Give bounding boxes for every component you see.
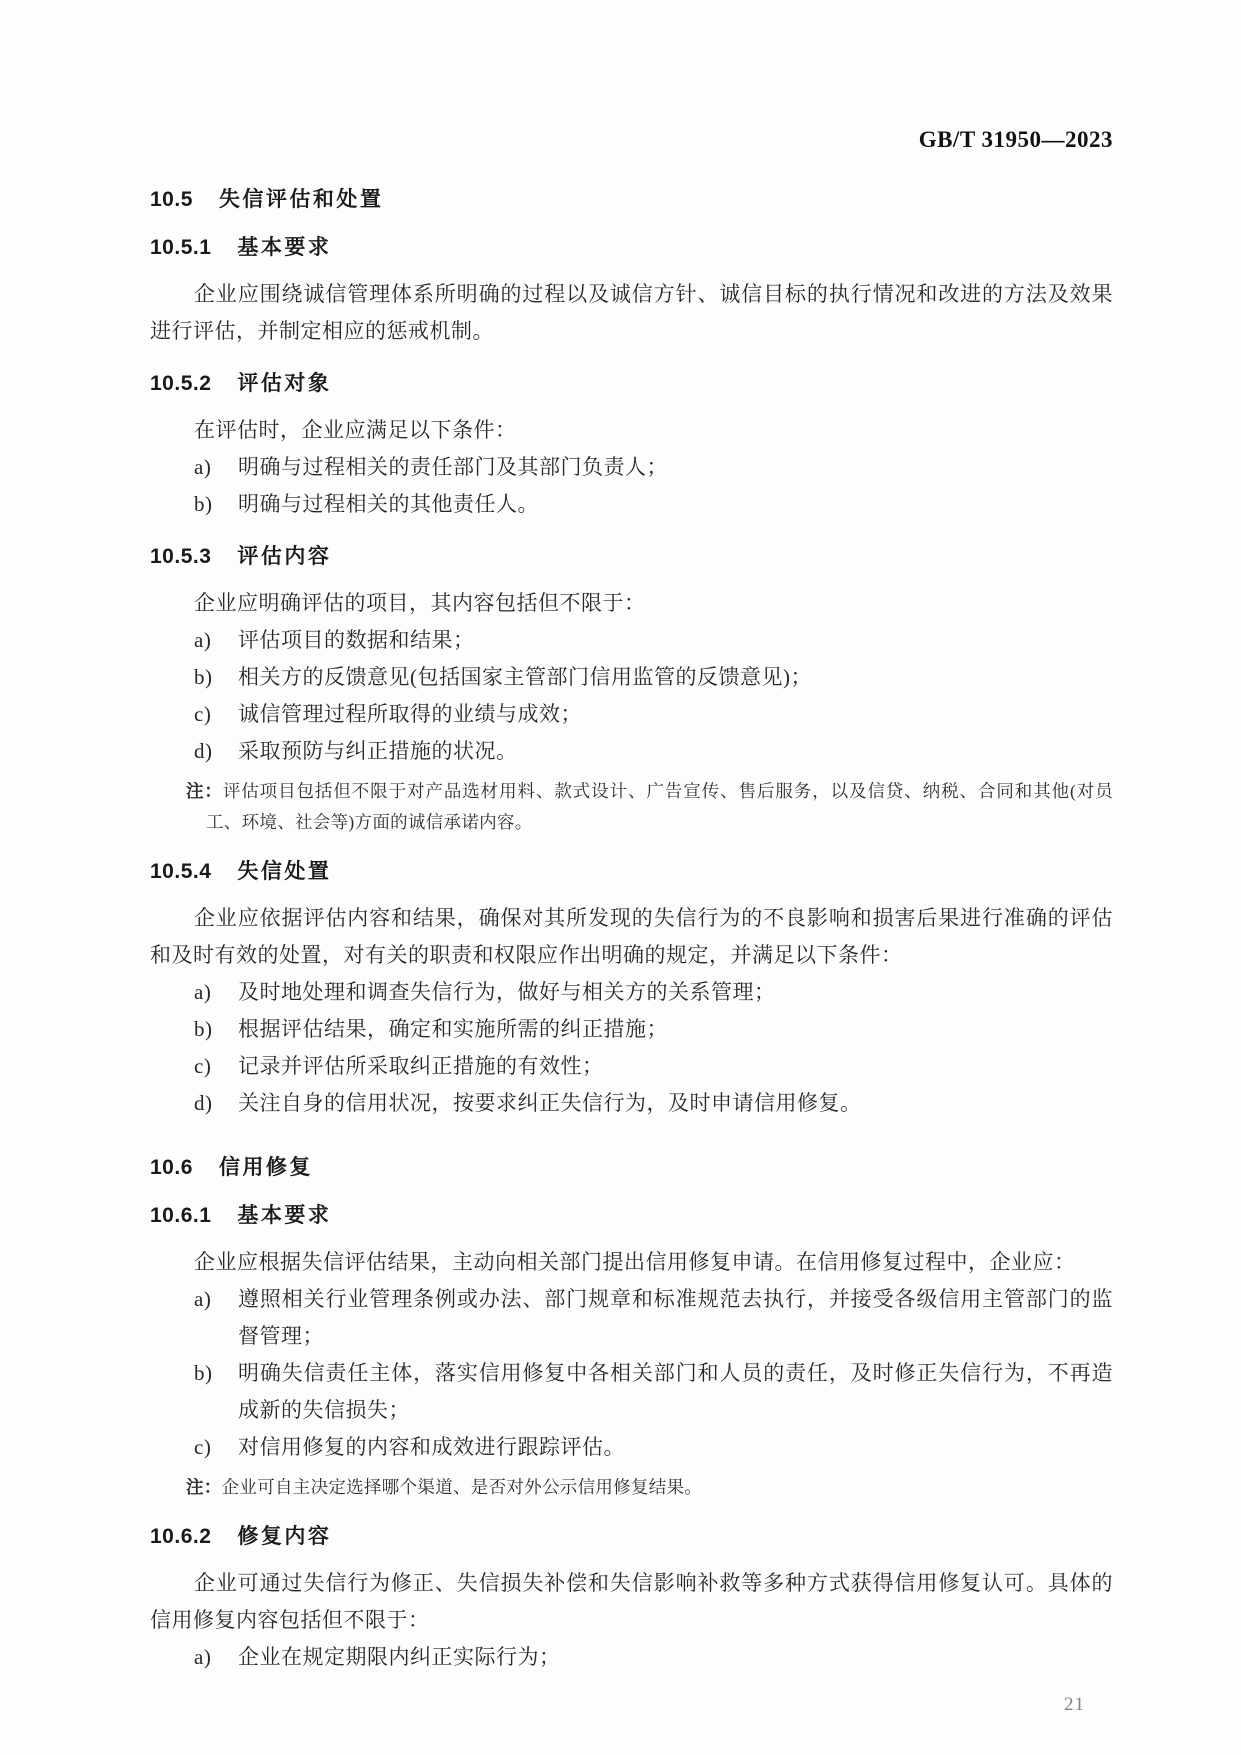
section-number: 10.5 xyxy=(150,186,193,214)
list-item-text: 采取预防与纠正措施的状况。 xyxy=(238,739,518,763)
section-title: 评估内容 xyxy=(237,543,331,571)
paragraph: 企业可通过失信行为修正、失信损失补偿和失信影响补救等多种方式获得信用修复认可。具… xyxy=(150,1565,1113,1639)
list-item-label: a) xyxy=(194,449,211,486)
list-item: d) 关注自身的信用状况，按要求纠正失信行为，及时申请信用修复。 xyxy=(150,1085,1113,1122)
section-title: 基本要求 xyxy=(237,234,331,262)
list-item-text: 企业在规定期限内纠正实际行为； xyxy=(238,1645,561,1669)
list-item-text: 关注自身的信用状况，按要求纠正失信行为，及时申请信用修复。 xyxy=(238,1091,862,1115)
list-item-text: 相关方的反馈意见(包括国家主管部门信用监管的反馈意见)； xyxy=(238,665,812,689)
list-item: b) 明确与过程相关的其他责任人。 xyxy=(150,486,1113,523)
section-heading-10-5-1: 10.5.1 基本要求 xyxy=(150,234,1113,262)
list-item-text: 评估项目的数据和结果； xyxy=(238,628,475,652)
list-item: b) 明确失信责任主体，落实信用修复中各相关部门和人员的责任，及时修正失信行为，… xyxy=(150,1355,1113,1429)
section-heading-10-5-3: 10.5.3 评估内容 xyxy=(150,543,1113,571)
list-item-label: a) xyxy=(194,1281,211,1318)
list-item-label: a) xyxy=(194,622,211,659)
note-text: 评估项目包括但不限于对产品选材用料、款式设计、广告宣传、售后服务，以及信贷、纳税… xyxy=(206,781,1113,832)
paragraph: 企业应依据评估内容和结果，确保对其所发现的失信行为的不良影响和损害后果进行准确的… xyxy=(150,900,1113,974)
paragraph: 企业应明确评估的项目，其内容包括但不限于： xyxy=(150,585,1113,622)
section-number: 10.5.2 xyxy=(150,370,211,398)
doc-code: GB/T 31950—2023 xyxy=(150,126,1113,154)
section-title: 失信处置 xyxy=(237,858,331,886)
list-item-label: b) xyxy=(194,659,213,696)
section-heading-10-5: 10.5 失信评估和处置 xyxy=(150,186,1113,214)
list-item-text: 诚信管理过程所取得的业绩与成效； xyxy=(238,702,582,726)
list-item-label: c) xyxy=(194,1429,211,1466)
list-item: a) 遵照相关行业管理条例或办法、部门规章和标准规范去执行，并接受各级信用主管部… xyxy=(150,1281,1113,1355)
section-title: 修复内容 xyxy=(237,1523,331,1551)
list-item: c) 记录并评估所采取纠正措施的有效性； xyxy=(150,1048,1113,1085)
section-title: 信用修复 xyxy=(219,1154,313,1182)
list-item: b) 相关方的反馈意见(包括国家主管部门信用监管的反馈意见)； xyxy=(150,659,1113,696)
list-item: b) 根据评估结果，确定和实施所需的纠正措施； xyxy=(150,1011,1113,1048)
section-number: 10.6.2 xyxy=(150,1523,211,1551)
page-number: 21 xyxy=(150,1694,1113,1716)
section-title: 失信评估和处置 xyxy=(219,186,384,214)
section-heading-10-5-2: 10.5.2 评估对象 xyxy=(150,370,1113,398)
note: 注：企业可自主决定选择哪个渠道、是否对外公示信用修复结果。 xyxy=(186,1472,1113,1503)
section-number: 10.5.4 xyxy=(150,858,211,886)
note-text: 企业可自主决定选择哪个渠道、是否对外公示信用修复结果。 xyxy=(222,1477,703,1497)
list-item: a) 评估项目的数据和结果； xyxy=(150,622,1113,659)
list-item-label: d) xyxy=(194,733,213,770)
ordered-list: a) 明确与过程相关的责任部门及其部门负责人； b) 明确与过程相关的其他责任人… xyxy=(150,449,1113,523)
section-number: 10.6 xyxy=(150,1154,193,1182)
section-number: 10.5.3 xyxy=(150,543,211,571)
list-item: a) 企业在规定期限内纠正实际行为； xyxy=(150,1639,1113,1676)
section-heading-10-5-4: 10.5.4 失信处置 xyxy=(150,858,1113,886)
ordered-list: a) 及时地处理和调查失信行为，做好与相关方的关系管理； b) 根据评估结果，确… xyxy=(150,974,1113,1122)
list-item-label: b) xyxy=(194,1011,213,1048)
list-item-label: c) xyxy=(194,696,211,733)
section-heading-10-6: 10.6 信用修复 xyxy=(150,1154,1113,1182)
list-item-text: 对信用修复的内容和成效进行跟踪评估。 xyxy=(238,1435,625,1459)
list-item-label: a) xyxy=(194,974,211,1011)
list-item: a) 及时地处理和调查失信行为，做好与相关方的关系管理； xyxy=(150,974,1113,1011)
note-label: 注： xyxy=(186,1477,222,1497)
list-item-label: c) xyxy=(194,1048,211,1085)
list-item: c) 诚信管理过程所取得的业绩与成效； xyxy=(150,696,1113,733)
section-number: 10.6.1 xyxy=(150,1202,211,1230)
list-item: c) 对信用修复的内容和成效进行跟踪评估。 xyxy=(150,1429,1113,1466)
note: 注：评估项目包括但不限于对产品选材用料、款式设计、广告宣传、售后服务，以及信贷、… xyxy=(186,776,1113,838)
list-item-text: 明确与过程相关的责任部门及其部门负责人； xyxy=(238,455,668,479)
section-title: 基本要求 xyxy=(237,1202,331,1230)
list-item-text: 明确失信责任主体，落实信用修复中各相关部门和人员的责任，及时修正失信行为，不再造… xyxy=(238,1361,1113,1422)
ordered-list: a) 企业在规定期限内纠正实际行为； xyxy=(150,1639,1113,1676)
section-title: 评估对象 xyxy=(237,370,331,398)
list-item-text: 记录并评估所采取纠正措施的有效性； xyxy=(238,1054,604,1078)
document-page: GB/T 31950—2023 10.5 失信评估和处置 10.5.1 基本要求… xyxy=(0,0,1241,1755)
section-heading-10-6-1: 10.6.1 基本要求 xyxy=(150,1202,1113,1230)
list-item-label: b) xyxy=(194,1355,213,1392)
section-number: 10.5.1 xyxy=(150,234,211,262)
ordered-list: a) 遵照相关行业管理条例或办法、部门规章和标准规范去执行，并接受各级信用主管部… xyxy=(150,1281,1113,1466)
paragraph: 在评估时，企业应满足以下条件： xyxy=(150,412,1113,449)
list-item: d) 采取预防与纠正措施的状况。 xyxy=(150,733,1113,770)
list-item-text: 明确与过程相关的其他责任人。 xyxy=(238,492,539,516)
list-item-text: 遵照相关行业管理条例或办法、部门规章和标准规范去执行，并接受各级信用主管部门的监… xyxy=(238,1287,1113,1348)
list-item-label: a) xyxy=(194,1639,211,1676)
ordered-list: a) 评估项目的数据和结果； b) 相关方的反馈意见(包括国家主管部门信用监管的… xyxy=(150,622,1113,770)
paragraph: 企业应根据失信评估结果，主动向相关部门提出信用修复申请。在信用修复过程中，企业应… xyxy=(150,1244,1113,1281)
list-item-label: d) xyxy=(194,1085,213,1122)
section-heading-10-6-2: 10.6.2 修复内容 xyxy=(150,1523,1113,1551)
note-label: 注： xyxy=(186,781,223,801)
list-item-text: 根据评估结果，确定和实施所需的纠正措施； xyxy=(238,1017,668,1041)
list-item-label: b) xyxy=(194,486,213,523)
list-item-text: 及时地处理和调查失信行为，做好与相关方的关系管理； xyxy=(238,980,776,1004)
list-item: a) 明确与过程相关的责任部门及其部门负责人； xyxy=(150,449,1113,486)
paragraph: 企业应围绕诚信管理体系所明确的过程以及诚信方针、诚信目标的执行情况和改进的方法及… xyxy=(150,276,1113,350)
